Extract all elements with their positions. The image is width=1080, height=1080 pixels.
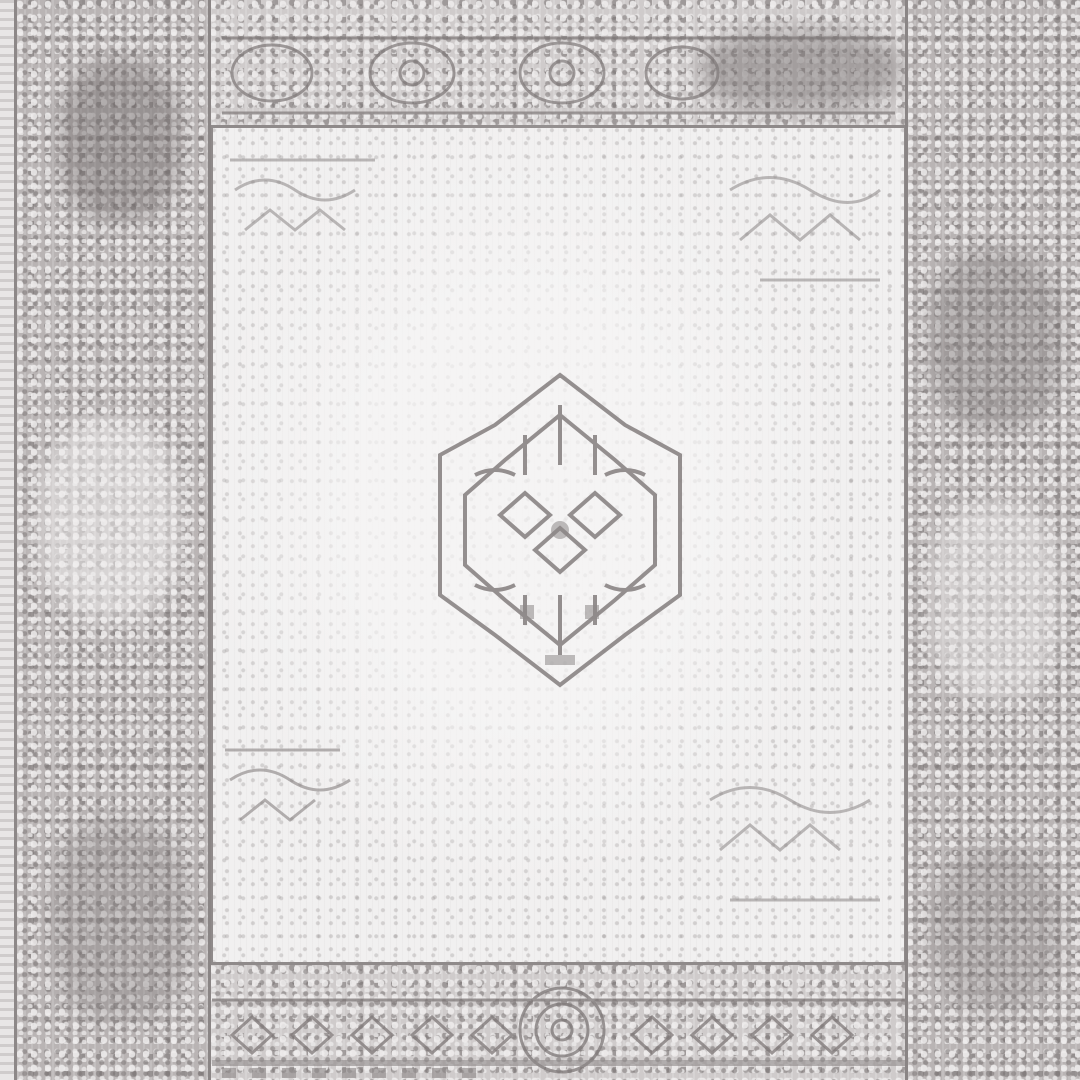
left-frame-line xyxy=(208,0,211,1080)
top-guard-band xyxy=(212,18,905,118)
wear-patch-dark xyxy=(930,250,1060,430)
rug-edge-fringe xyxy=(0,0,14,1080)
rug xyxy=(0,0,1080,1080)
field-corner-motif xyxy=(220,720,390,840)
wear-patch-dark xyxy=(60,60,180,220)
central-medallion xyxy=(425,365,695,695)
wear-patch-dark xyxy=(50,820,190,1020)
field-corner-motif xyxy=(720,160,890,300)
field-corner-motif xyxy=(225,140,385,260)
wear-patch-light xyxy=(930,500,1060,700)
field-corner-motif xyxy=(700,760,890,920)
wear-patch-light xyxy=(40,420,180,620)
wear-patch-dark xyxy=(930,850,1060,1010)
bottom-guard-band xyxy=(212,960,905,1080)
right-frame-line xyxy=(905,0,908,1080)
